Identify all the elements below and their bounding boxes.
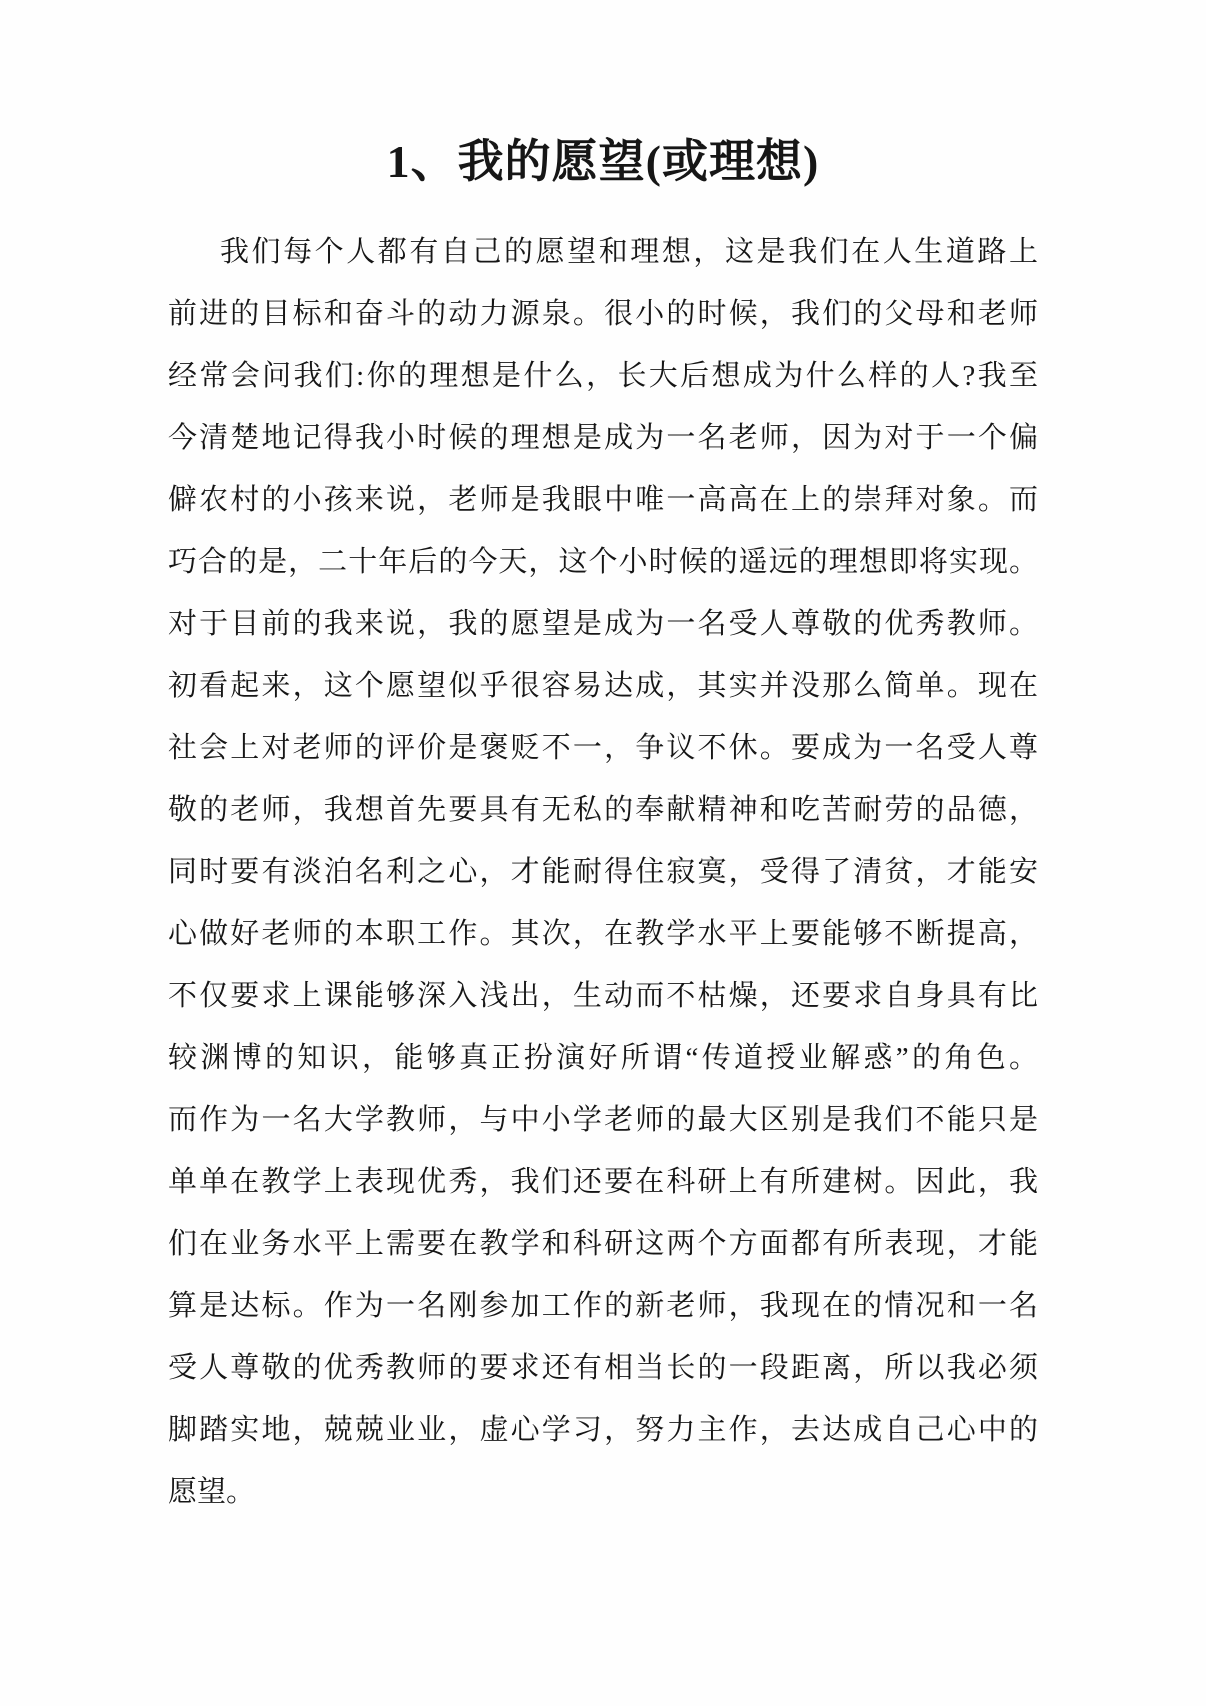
document-body: 我们每个人都有自己的愿望和理想，这是我们在人生道路上 前进的目标和奋斗的动力源泉… bbox=[168, 221, 1038, 1523]
document-title: 1、我的愿望(或理想) bbox=[0, 0, 1206, 198]
body-line: 受人尊敬的优秀教师的要求还有相当长的一段距离，所以我必须 bbox=[168, 1337, 1038, 1399]
body-line: 前进的目标和奋斗的动力源泉。很小的时候，我们的父母和老师 bbox=[168, 283, 1038, 345]
body-line: 经常会问我们:你的理想是什么，长大后想成为什么样的人?我至 bbox=[168, 345, 1038, 407]
body-line: 今清楚地记得我小时候的理想是成为一名老师，因为对于一个偏 bbox=[168, 407, 1038, 469]
body-line: 单单在教学上表现优秀，我们还要在科研上有所建树。因此，我 bbox=[168, 1151, 1038, 1213]
body-line: 敬的老师，我想首先要具有无私的奉献精神和吃苦耐劳的品德， bbox=[168, 779, 1038, 841]
body-line: 愿望。 bbox=[168, 1461, 1038, 1523]
body-line: 算是达标。作为一名刚参加工作的新老师，我现在的情况和一名 bbox=[168, 1275, 1038, 1337]
body-line: 而作为一名大学教师，与中小学老师的最大区别是我们不能只是 bbox=[168, 1089, 1038, 1151]
body-line: 僻农村的小孩来说，老师是我眼中唯一高高在上的崇拜对象。而 bbox=[168, 469, 1038, 531]
body-line: 心做好老师的本职工作。其次，在教学水平上要能够不断提高， bbox=[168, 903, 1038, 965]
body-line: 不仅要求上课能够深入浅出，生动而不枯燥，还要求自身具有比 bbox=[168, 965, 1038, 1027]
body-line: 们在业务水平上需要在教学和科研这两个方面都有所表现，才能 bbox=[168, 1213, 1038, 1275]
body-line: 脚踏实地，兢兢业业，虚心学习，努力主作，去达成自己心中的 bbox=[168, 1399, 1038, 1461]
body-line: 巧合的是，二十年后的今天，这个小时候的遥远的理想即将实现。 bbox=[168, 531, 1038, 593]
body-line: 我们每个人都有自己的愿望和理想，这是我们在人生道路上 bbox=[168, 221, 1038, 283]
body-line: 对于目前的我来说，我的愿望是成为一名受人尊敬的优秀教师。 bbox=[168, 593, 1038, 655]
body-line: 较渊博的知识，能够真正扮演好所谓“传道授业解惑”的角色。 bbox=[168, 1027, 1038, 1089]
body-line: 社会上对老师的评价是褒贬不一，争议不休。要成为一名受人尊 bbox=[168, 717, 1038, 779]
document-page: 1、我的愿望(或理想) 我们每个人都有自己的愿望和理想，这是我们在人生道路上 前… bbox=[0, 0, 1206, 1706]
body-line: 初看起来，这个愿望似乎很容易达成，其实并没那么简单。现在 bbox=[168, 655, 1038, 717]
body-line: 同时要有淡泊名利之心，才能耐得住寂寞，受得了清贫，才能安 bbox=[168, 841, 1038, 903]
